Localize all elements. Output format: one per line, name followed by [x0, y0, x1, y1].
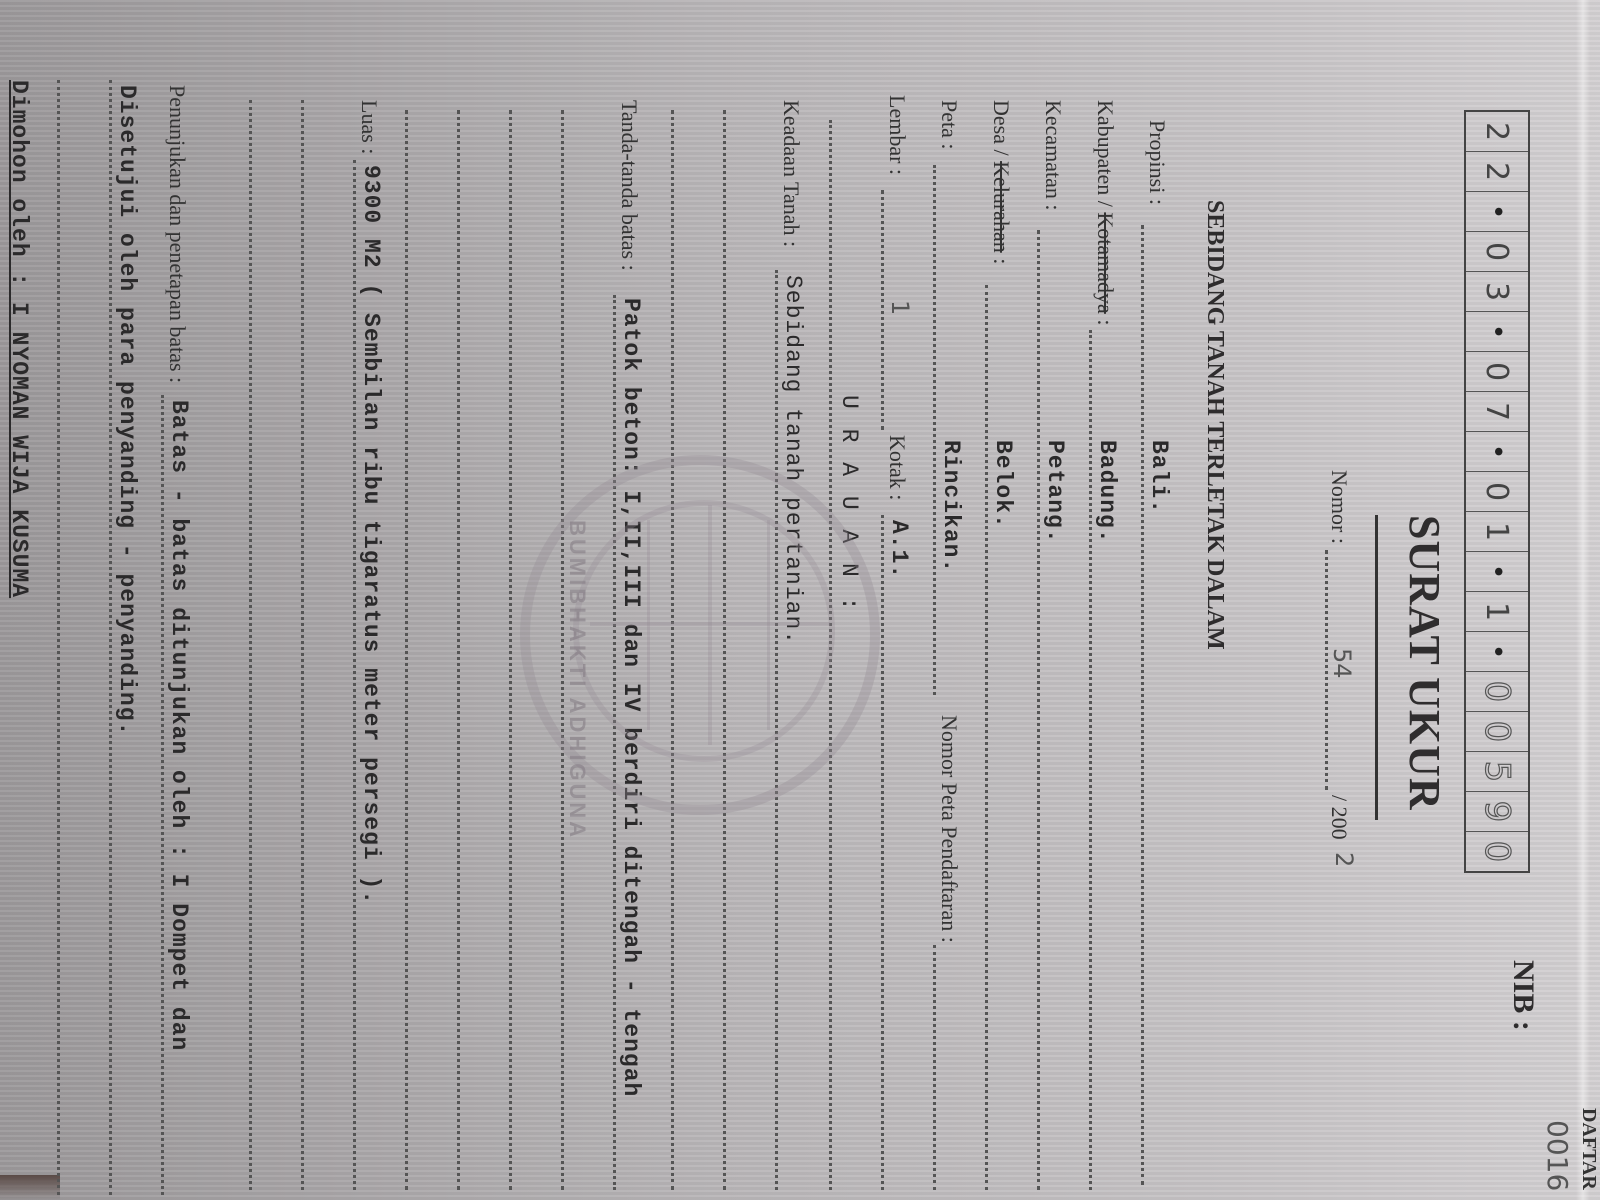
luas-value: 9300 M2 ( Sembilan ribu tigaratus meter …: [358, 165, 384, 905]
kotak-value: A.1.: [886, 520, 912, 579]
kabupaten-colon: :: [1093, 314, 1118, 326]
nib-digit-box: •: [1466, 192, 1528, 232]
penunjukan-value: Batas - batas ditunjukan oleh : I Dompet…: [166, 400, 192, 1051]
nib-digit-box: 9: [1466, 792, 1528, 832]
kotak-dots: [881, 515, 884, 1190]
kelurahan-struck: Kelurahan: [989, 161, 1014, 253]
luas-label: Luas :: [356, 100, 382, 154]
blank-line: [57, 80, 60, 1195]
kotak-label: Kotak :: [884, 435, 910, 500]
nib-digit-box: •: [1466, 552, 1528, 592]
blank-line: [509, 110, 512, 1190]
nib-digit-box: 7: [1466, 392, 1528, 432]
nib-digit-box: 2: [1466, 152, 1528, 192]
nib-digit-box: 1: [1466, 512, 1528, 552]
document-title: SURAT UKUR: [1399, 515, 1450, 811]
nib-digit-box: 0: [1466, 472, 1528, 512]
stamp-globe-line: [647, 520, 650, 730]
propinsi-label: Propinsi :: [1144, 120, 1170, 205]
nib-digit-box: 5: [1466, 752, 1528, 792]
nomor-value: 54: [1328, 648, 1356, 679]
penunjukan-label: Penunjukan dan penetapan batas :: [164, 85, 190, 383]
desa-label-text: Desa /: [989, 100, 1014, 161]
nomor-peta-dots: [933, 945, 936, 1190]
lembar-label: Lembar :: [884, 95, 910, 175]
photo-background: DAFTAR 0016 NIB : 22•03•07•01•1•00590 SU…: [0, 0, 1600, 1200]
dimohon-value: Dimohon oleh : I NYOMAN WIJA KUSUMA: [6, 80, 32, 598]
location-subtitle: SEBIDANG TANAH TERLETAK DALAM: [1201, 200, 1228, 650]
nomor-label: Nomor :: [1326, 470, 1352, 544]
nib-digit-box: 3: [1466, 272, 1528, 312]
kabupaten-value: Badung.: [1094, 440, 1120, 544]
kotamadya-struck: Kotamadya: [1093, 212, 1118, 313]
blank-line: [405, 110, 408, 1190]
stamp-text: BUMIBHAKTI ADHIGUNA: [564, 520, 590, 840]
stamp-globe-icon: [573, 500, 835, 762]
kecamatan-dots: [1037, 230, 1040, 1190]
penunjukan-dots: [161, 395, 164, 1195]
nib-digit-box: 2: [1466, 112, 1528, 152]
tanda-batas-label: Tanda-tanda batas :: [616, 100, 642, 271]
kabupaten-label: Kabupaten / Kotamadya :: [1092, 100, 1118, 325]
disetujui-dots: [109, 80, 112, 1195]
kecamatan-label: Kecamatan :: [1040, 100, 1066, 211]
blank-line: [301, 100, 304, 1190]
nomor-year-suffix: 2: [1330, 852, 1358, 867]
disetujui-value: Disetujui oleh para penyanding - penyand…: [114, 85, 140, 736]
lembar-dots: [881, 190, 884, 430]
title-underline: [1375, 515, 1378, 820]
luas-dots: [353, 160, 356, 1190]
keadaan-tanah-label: Keadaan Tanah :: [778, 100, 804, 247]
peta-value: Rincikan.: [938, 440, 964, 573]
nomor-year-prefix: / 200: [1326, 795, 1352, 840]
desa-dots: [985, 285, 988, 1190]
paper-fold: [1576, 0, 1590, 1200]
finger-shadow: [0, 1175, 60, 1200]
nomor-peta-label: Nomor Peta Pendaftaran :: [936, 715, 962, 943]
nib-digit-box: 0: [1466, 712, 1528, 752]
kabupaten-label-text: Kabupaten /: [1093, 100, 1118, 212]
desa-colon: :: [989, 253, 1014, 265]
nib-digit-box: 0: [1466, 232, 1528, 272]
propinsi-value: Bali.: [1146, 440, 1172, 514]
corner-handwritten-number: 0016: [1541, 1120, 1574, 1191]
nib-digit-box: •: [1466, 312, 1528, 352]
blank-line: [457, 110, 460, 1190]
nib-digit-box: •: [1466, 632, 1528, 672]
nib-digit-box: 1: [1466, 592, 1528, 632]
stamp-globe-line: [590, 622, 830, 626]
nib-number-boxes: 22•03•07•01•1•00590: [1464, 110, 1530, 873]
nib-label: NIB :: [1506, 960, 1540, 1031]
lembar-value: 1: [886, 300, 914, 315]
propinsi-dots: [1141, 225, 1144, 1185]
stamp-globe-line: [767, 520, 770, 730]
daftar-label: DAFTAR: [1577, 1108, 1600, 1190]
blank-line: [249, 100, 252, 1190]
nib-digit-box: 0: [1466, 672, 1528, 712]
surat-ukur-document: DAFTAR 0016 NIB : 22•03•07•01•1•00590 SU…: [0, 0, 1600, 1200]
nib-digit-box: •: [1466, 432, 1528, 472]
desa-label: Desa / Kelurahan :: [988, 100, 1014, 264]
peta-label: Peta :: [936, 100, 962, 150]
nib-digit-box: 0: [1466, 352, 1528, 392]
nib-digit-box: 0: [1466, 832, 1528, 871]
peta-dots: [933, 165, 936, 695]
desa-value: Belok.: [990, 440, 1016, 529]
kecamatan-value: Petang.: [1042, 440, 1068, 544]
kabupaten-dots: [1089, 330, 1092, 1190]
